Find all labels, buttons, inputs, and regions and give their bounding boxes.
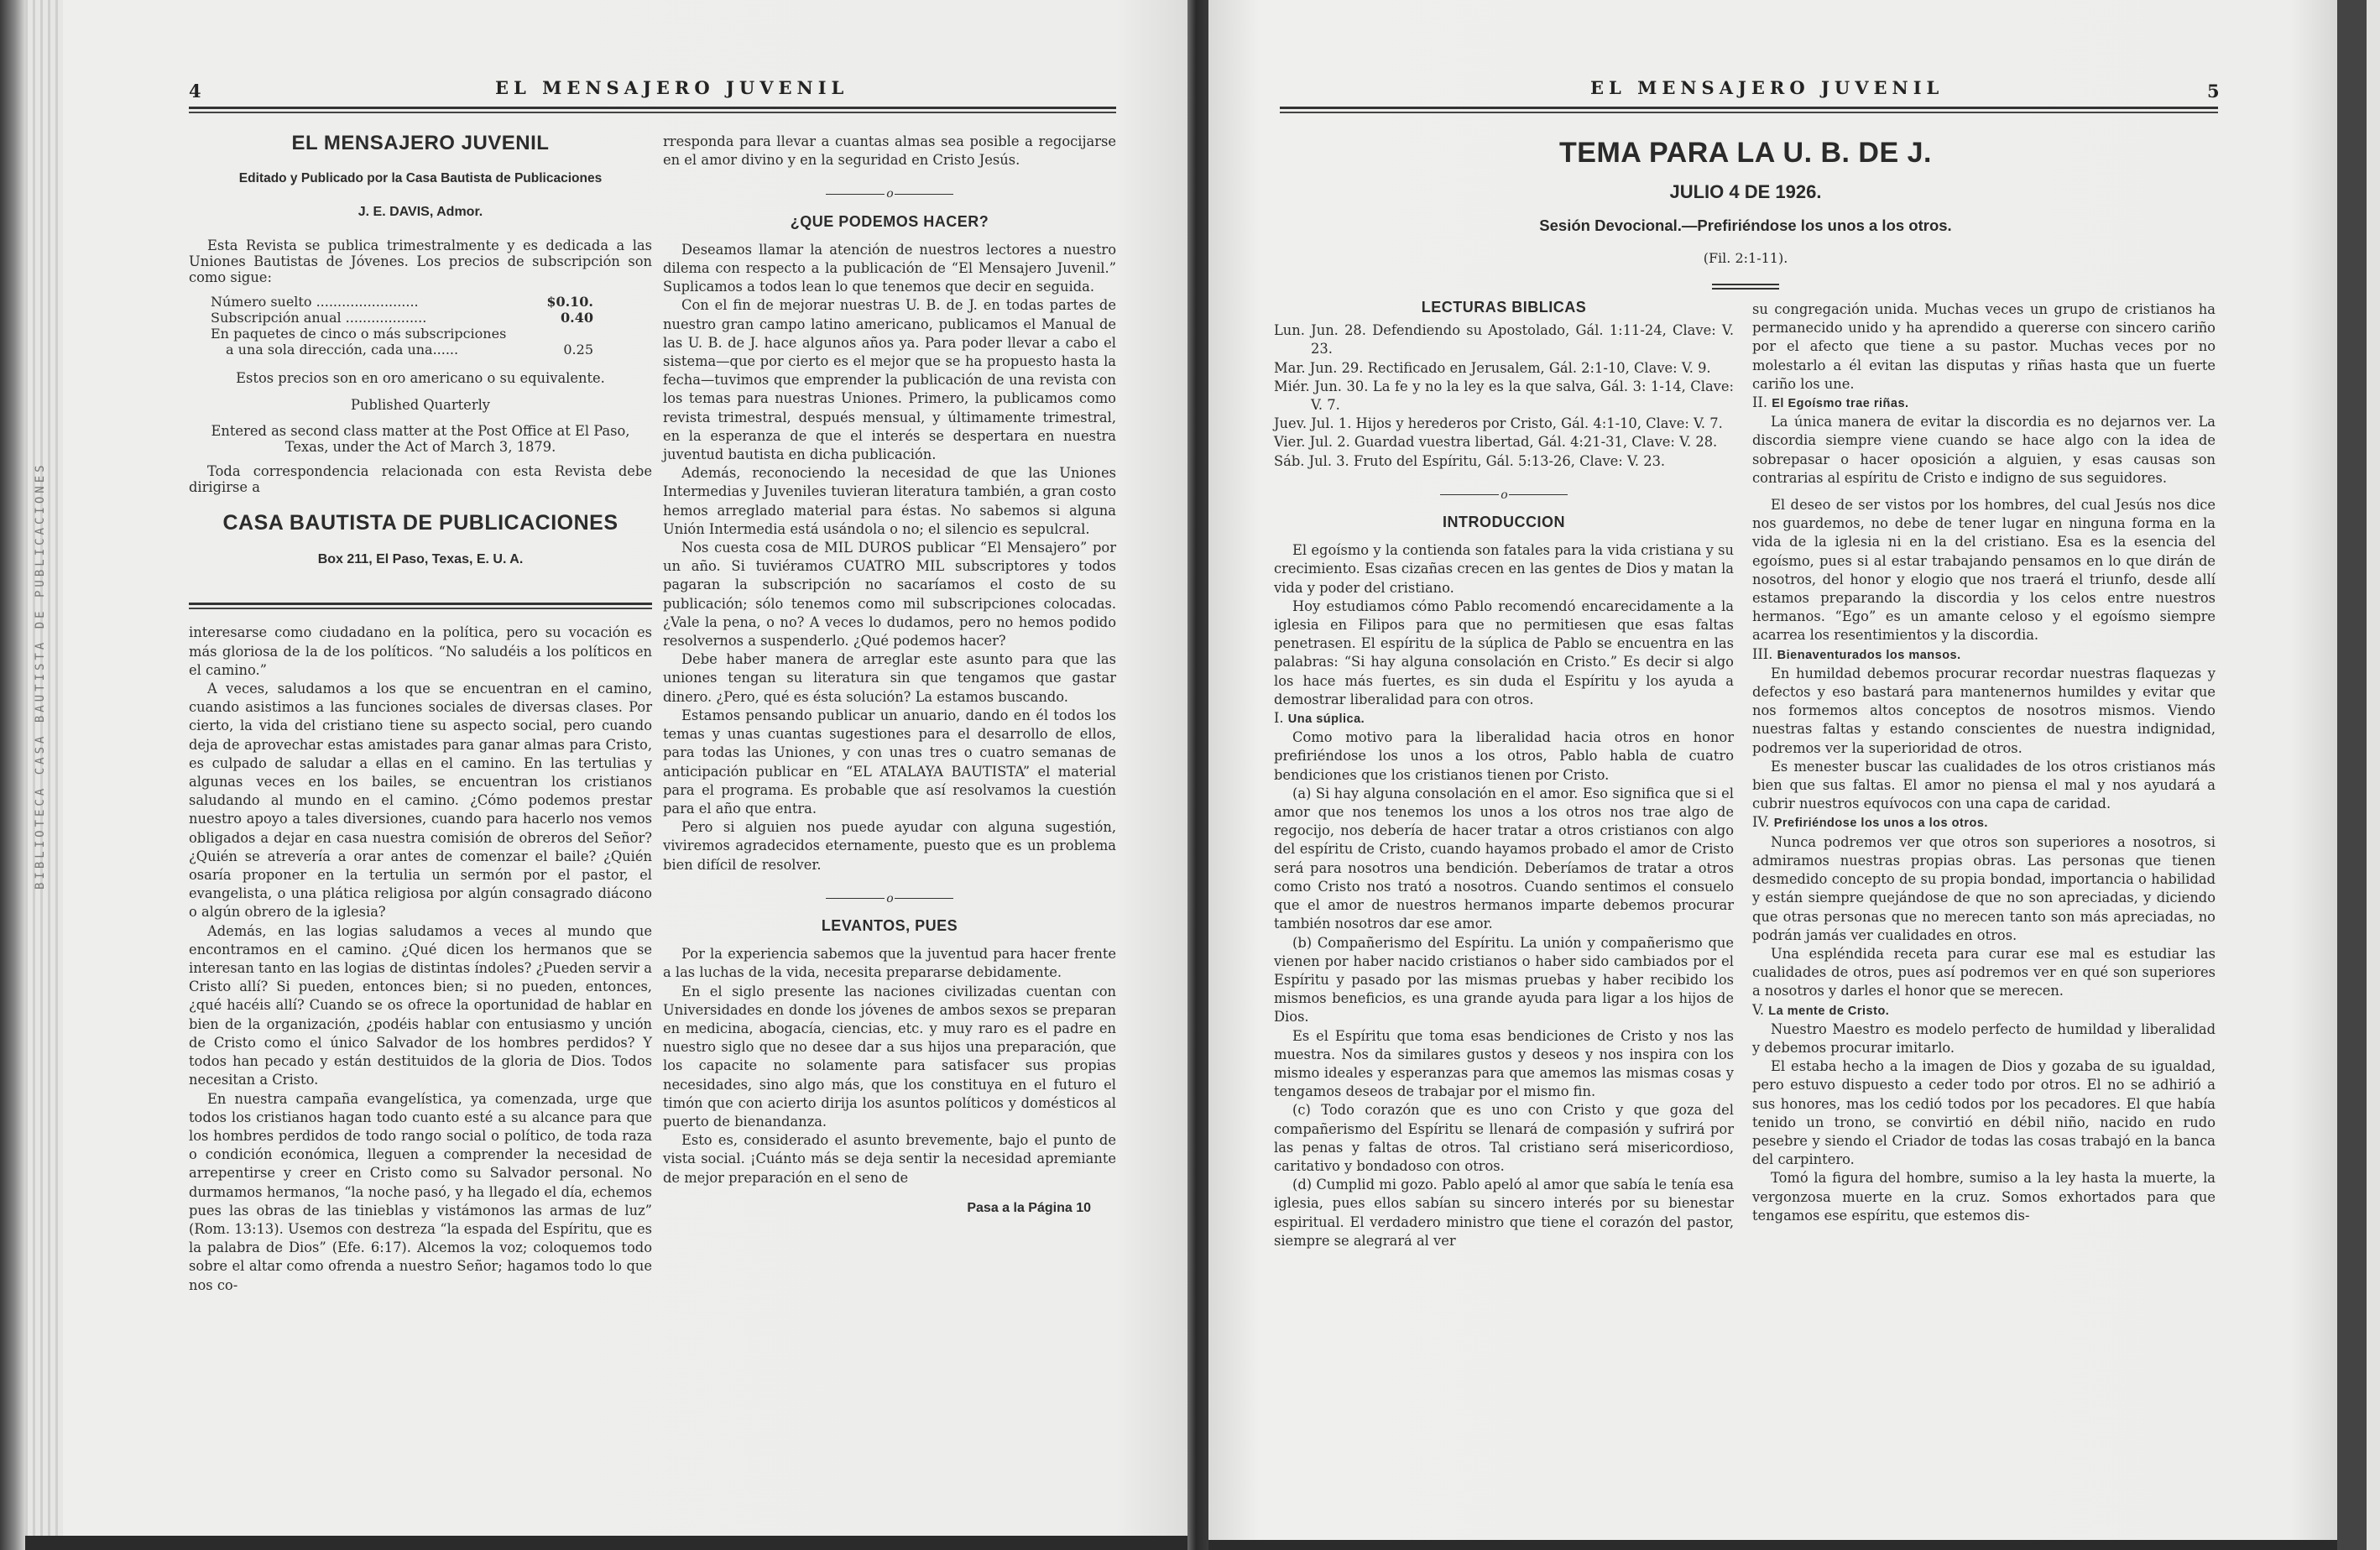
paragraph: (a) Si hay alguna consolación en el amor… [1274, 785, 1734, 934]
bible-reading: Vier. Jul. 2. Guardad vuestra libertad, … [1274, 433, 1734, 451]
masthead-subtitle: Editado y Publicado por la Casa Bautista… [189, 170, 652, 188]
paragraph: Con el fin de mejorar nuestras U. B. de … [663, 296, 1116, 464]
book-cover-edge [2337, 0, 2367, 1550]
paragraph: Tomó la figura del hombre, sumiso a la l… [1752, 1169, 2216, 1225]
paragraph: su congregación unida. Muchas veces un g… [1752, 300, 2216, 394]
bible-reading: Miér. Jun. 30. La fe y no la ley es la q… [1274, 378, 1734, 415]
scripture-reference: (Fil. 2:1-11). [1276, 250, 2216, 266]
section-heading: III. Bienaventurados los mansos. [1752, 645, 2216, 665]
lesson-date: JULIO 4 DE 1926. [1276, 181, 2216, 203]
paragraph: rresponda para llevar a cuantas almas se… [663, 133, 1116, 170]
page-number-right: 5 [2207, 81, 2220, 102]
article-title-levantos-pues: LEVANTOS, PUES [663, 916, 1116, 935]
bible-reading: Sáb. Jul. 3. Fruto del Espíritu, Gál. 5:… [1274, 452, 1734, 471]
paragraph: Esto es, considerado el asunto brevement… [663, 1131, 1116, 1187]
correspondence-note: Toda correspondencia relacionada con est… [189, 463, 652, 495]
section-heading: V. La mente de Cristo. [1752, 1001, 2216, 1020]
published-quarterly: Published Quarterly [189, 396, 652, 415]
paragraph: Nuestro Maestro es modelo perfecto de hu… [1752, 1020, 2216, 1057]
paragraph: El estaba hecho a la imagen de Dios y go… [1752, 1057, 2216, 1169]
section-heading: IV. Prefiriéndose los unos a los otros. [1752, 813, 2216, 832]
paragraph: Nos cuesta cosa de MIL DUROS publicar “E… [663, 539, 1116, 650]
price-list: Número suelto ........................$0… [211, 294, 652, 357]
continued-on-page: Pasa a la Página 10 [663, 1199, 1091, 1218]
price-row: En paquetes de cinco o más subscripcione… [211, 326, 593, 342]
separator: o [663, 185, 1116, 203]
paragraph: Es el Espíritu que toma esas bendiciones… [1274, 1027, 1734, 1102]
left-column-1: EL MENSAJERO JUVENIL Editado y Publicado… [189, 134, 652, 1295]
bible-reading: Mar. Jun. 29. Rectificado en Jerusalem, … [1274, 359, 1734, 378]
paragraph: En el siglo presente las naciones civili… [663, 983, 1116, 1132]
paragraph: En nuestra campaña evangelística, ya com… [189, 1090, 652, 1295]
introduccion-title: INTRODUCCION [1274, 513, 1734, 531]
book-gutter [1187, 0, 1208, 1550]
masthead-administrator: J. E. DAVIS, Admor. [189, 203, 652, 222]
paragraph: Nunca podremos ver que otros son superio… [1752, 833, 2216, 945]
price-row: a una sola dirección, cada una......0.25 [211, 342, 593, 357]
running-head-left: EL MENSAJERO JUVENIL [495, 77, 848, 98]
section-heading: I. Una súplica. [1274, 709, 1734, 728]
lecturas-title: LECTURAS BIBLICAS [1274, 298, 1734, 316]
paragraph: (d) Cumplid mi gozo. Pablo apeló al amor… [1274, 1176, 1734, 1250]
scan-edge-right [2367, 0, 2380, 1550]
price-row: Número suelto ........................$0… [211, 294, 593, 310]
paragraph: A veces, saludamos a los que se encuentr… [189, 680, 652, 922]
bible-reading: Juev. Jul. 1. Hijos y herederos por Cris… [1274, 415, 1734, 433]
paragraph: Hoy estudiamos cómo Pablo recomendó enca… [1274, 598, 1734, 709]
currency-note: Estos precios son en oro americano o su … [189, 369, 652, 388]
paragraph: Debe haber manera de arreglar este asunt… [663, 650, 1116, 707]
article-title-que-podemos-hacer: ¿QUE PODEMOS HACER? [663, 212, 1116, 231]
paragraph: interesarse como ciudadano en la polític… [189, 624, 652, 680]
paragraph: Deseamos llamar la atención de nuestros … [663, 241, 1116, 297]
paragraph: Pero si alguien nos puede ayudar con alg… [663, 818, 1116, 874]
paragraph: La única manera de evitar la discordia e… [1752, 413, 2216, 488]
paragraph: (b) Compañerismo del Espíritu. La unión … [1274, 934, 1734, 1027]
paragraph: Una espléndida receta para curar ese mal… [1752, 945, 2216, 1001]
paragraph: El deseo de ser vistos por los hombres, … [1752, 496, 2216, 645]
paragraph: Además, reconociendo la necesidad de que… [663, 464, 1116, 539]
lesson-session: Sesión Devocional.—Prefiriéndose los uno… [1276, 217, 2216, 235]
right-column-1: LECTURAS BIBLICAS Lun. Jun. 28. Defendie… [1274, 298, 1734, 1250]
masthead-title: EL MENSAJERO JUVENIL [189, 134, 652, 153]
left-column-2: rresponda para llevar a cuantas almas se… [663, 133, 1116, 1218]
paragraph: Además, en las logias saludamos a veces … [189, 922, 652, 1090]
postal-entry-note: Entered as second class matter at the Po… [189, 423, 652, 455]
paragraph: Por la experiencia sabemos que la juvent… [663, 945, 1116, 982]
publisher-name: CASA BAUTISTA DE PUBLICACIONES [189, 514, 652, 532]
page-number-left: 4 [189, 81, 201, 102]
scan-edge-left [0, 0, 25, 1550]
header-rule-right [1280, 107, 2218, 109]
separator: o [1274, 486, 1734, 504]
right-column-2: su congregación unida. Muchas veces un g… [1752, 300, 2216, 1225]
paragraph: Como motivo para la liberalidad hacia ot… [1274, 728, 1734, 785]
paragraph: En humildad debemos procurar recordar nu… [1752, 665, 2216, 758]
bible-readings-list: Lun. Jun. 28. Defendiendo su Apostolado,… [1274, 321, 1734, 471]
separator: o [663, 890, 1116, 908]
bible-reading: Lun. Jun. 28. Defendiendo su Apostolado,… [1274, 321, 1734, 358]
running-head-right: EL MENSAJERO JUVENIL [1590, 77, 1944, 98]
publisher-address: Box 211, El Paso, Texas, E. U. A. [189, 551, 652, 569]
paragraph: Estamos pensando publicar un anuario, da… [663, 707, 1116, 818]
section-heading: II. El Egoísmo trae riñas. [1752, 394, 2216, 413]
price-row: Subscripción anual ...................0.… [211, 310, 593, 326]
lesson-title: TEMA PARA LA U. B. DE J. [1276, 137, 2216, 170]
header-rule-left [189, 107, 1116, 109]
title-rule [1712, 284, 1779, 285]
masthead-intro: Esta Revista se publica trimestralmente … [189, 237, 652, 285]
paragraph: El egoísmo y la contienda son fatales pa… [1274, 541, 1734, 598]
library-stamp: BIBLIOTECA CASA BAUTISTA DE PUBLICACIONE… [34, 386, 59, 890]
masthead-rule [189, 603, 652, 605]
paragraph: (c) Todo corazón que es uno con Cristo y… [1274, 1101, 1734, 1176]
paragraph: Es menester buscar las cualidades de los… [1752, 758, 2216, 814]
